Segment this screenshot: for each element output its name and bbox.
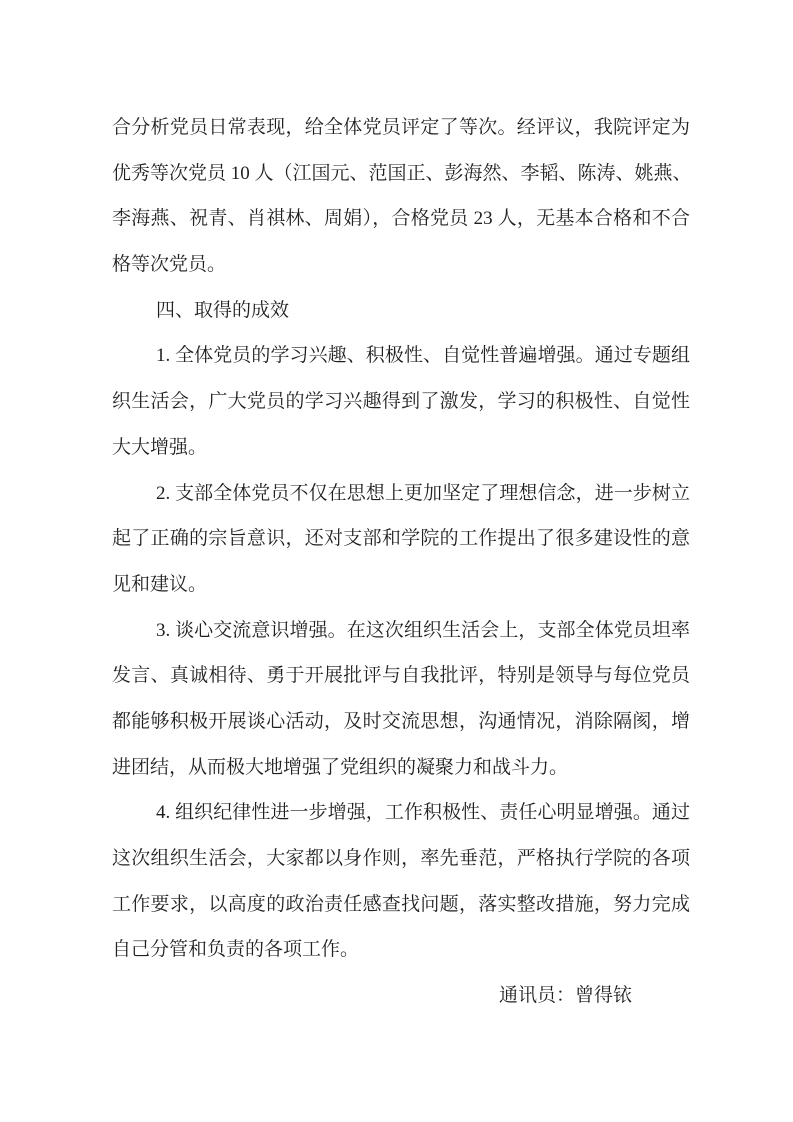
text-line: 4. 组织纪律性进一步增强，工作积极性、责任心明显增强。通过 [112, 790, 690, 836]
text-line: 李海燕、祝青、肖祺林、周娟），合格党员 23 人，无基本合格和不合 [112, 196, 690, 242]
text-line: 起了正确的宗旨意识，还对支部和学院的工作提出了很多建设性的意 [112, 516, 690, 562]
text-line: 大大增强。 [112, 425, 690, 471]
document-page: 合分析党员日常表现，给全体党员评定了等次。经评议，我院评定为优秀等次党员 10 … [0, 0, 793, 1122]
text-line: 都能够积极开展谈心活动，及时交流思想，沟通情况，消除隔阂，增 [112, 699, 690, 745]
text-line: 工作要求，以高度的政治责任感查找问题，落实整改措施，努力完成 [112, 882, 690, 928]
text-line: 织生活会，广大党员的学习兴趣得到了激发，学习的积极性、自觉性 [112, 379, 690, 425]
text-line: 3. 谈心交流意识增强。在这次组织生活会上，支部全体党员坦率 [112, 608, 690, 654]
text-line: 发言、真诚相待、勇于开展批评与自我批评，特别是领导与每位党员 [112, 653, 690, 699]
text-line: 见和建议。 [112, 562, 690, 608]
text-line: 格等次党员。 [112, 242, 690, 288]
text-line: 优秀等次党员 10 人（江国元、范国正、彭海然、李韬、陈涛、姚燕、 [112, 151, 690, 197]
text-line: 2. 支部全体党员不仅在思想上更加坚定了理想信念，进一步树立 [112, 471, 690, 517]
text-line: 这次组织生活会，大家都以身作则，率先垂范，严格执行学院的各项 [112, 836, 690, 882]
section-heading: 四、取得的成效 [112, 288, 690, 334]
signature-line: 通讯员：曾得铱 [112, 973, 690, 1019]
document-body: 合分析党员日常表现，给全体党员评定了等次。经评议，我院评定为优秀等次党员 10 … [112, 105, 690, 1019]
text-line: 1. 全体党员的学习兴趣、积极性、自觉性普遍增强。通过专题组 [112, 333, 690, 379]
text-line: 自己分管和负责的各项工作。 [112, 927, 690, 973]
text-line: 合分析党员日常表现，给全体党员评定了等次。经评议，我院评定为 [112, 105, 690, 151]
text-line: 进团结，从而极大地增强了党组织的凝聚力和战斗力。 [112, 745, 690, 791]
